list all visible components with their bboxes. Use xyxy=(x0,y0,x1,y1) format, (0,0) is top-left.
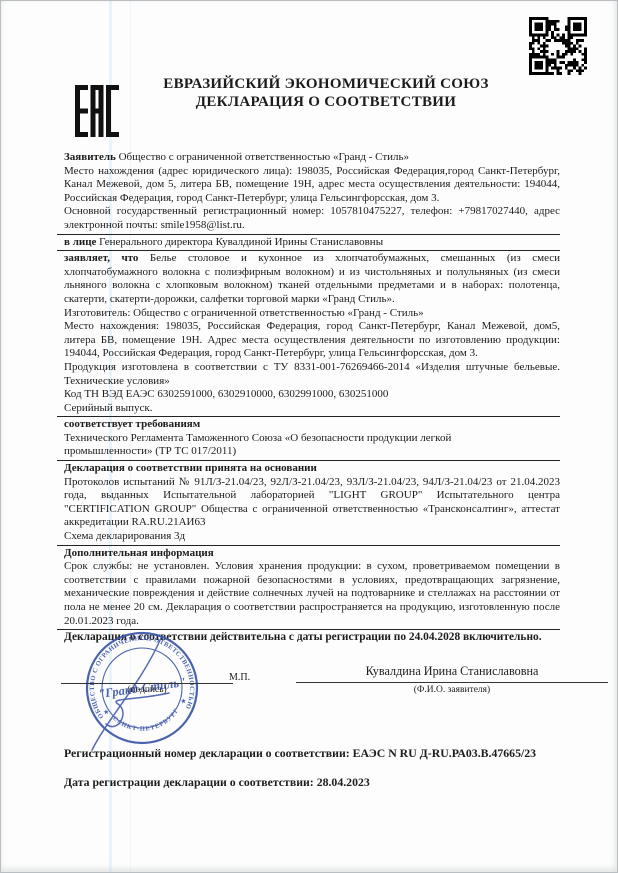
applicant-address: Место нахождения (адрес юридического лиц… xyxy=(64,165,560,206)
manufacturer-address: Место нахождения: 198035, Российская Фед… xyxy=(64,320,560,361)
registration-number-line: Регистрационный номер декларации о соотв… xyxy=(64,746,584,761)
declaration-scheme: Схема декларирования 3д xyxy=(64,530,560,544)
reg-number-value: ЕАЭС N RU Д-RU.РА03.В.47665/23 xyxy=(353,746,536,760)
doc-type: ДЕКЛАРАЦИЯ О СООТВЕТСТВИИ xyxy=(131,94,521,112)
compliance-label: соответствует требованиям xyxy=(64,418,200,430)
applicant-label: Заявитель xyxy=(64,151,116,163)
divider xyxy=(57,234,560,235)
document-title: ЕВРАЗИЙСКИЙ ЭКОНОМИЧЕСКИЙ СОЮЗ ДЕКЛАРАЦИ… xyxy=(131,76,521,111)
registration-date-line: Дата регистрации декларации о соответств… xyxy=(64,775,584,790)
qr-code-icon xyxy=(529,17,587,75)
applicant-ogrn: Основной государственный регистрационный… xyxy=(64,205,560,232)
stamp-star-icon: ★ xyxy=(180,697,187,706)
signature-caption: (подпись) xyxy=(61,685,233,695)
reg-number-label: Регистрационный номер декларации о соотв… xyxy=(64,746,350,760)
basis-label-line: Декларация о соответствии принята на осн… xyxy=(64,462,560,476)
product-specs: Продукция изготовлена в соответствии с Т… xyxy=(64,361,560,388)
additional-label-line: Дополнительная информация xyxy=(64,547,560,561)
basis-label: Декларация о соответствии принята на осн… xyxy=(64,462,317,474)
declaration-product-line: заявляет, что Белье столовое и кухонное … xyxy=(64,252,560,306)
fio-caption: (Ф.И.О. заявителя) xyxy=(296,685,608,695)
divider xyxy=(57,460,560,461)
applicant-name: Общество с ограниченной ответственностью… xyxy=(119,151,409,163)
declaration-page: ЕВРАЗИЙСКИЙ ЭКОНОМИЧЕСКИЙ СОЮЗ ДЕКЛАРАЦИ… xyxy=(0,0,618,873)
stamp-city-text: САНКТ-ПЕТЕРБУРГ xyxy=(111,706,183,737)
representative-line: в лице Генерального директора Кувалдиной… xyxy=(64,236,560,250)
reg-date-label: Дата регистрации декларации о соответств… xyxy=(64,775,314,789)
eac-logo-icon xyxy=(75,85,119,137)
tnved-code: Код ТН ВЭД ЕАЭС 6302591000, 6302910000, … xyxy=(64,388,560,402)
divider xyxy=(57,416,560,417)
representative-text: Генерального директора Кувалдиной Ирины … xyxy=(99,236,383,248)
stamp-place-label: М.П. xyxy=(229,672,250,683)
divider xyxy=(57,545,560,546)
document-body: Заявитель Общество с ограниченной ответс… xyxy=(64,151,560,645)
signature-line xyxy=(61,683,233,684)
divider xyxy=(57,250,560,251)
compliance-label-line: соответствует требованиям xyxy=(64,418,560,432)
applicant-fio: Кувалдина Ирина Станиславовна xyxy=(296,664,608,679)
stamp-star-icon: ★ xyxy=(102,708,109,717)
applicant-line: Заявитель Общество с ограниченной ответс… xyxy=(64,151,560,165)
compliance-text: Технического Регламента Таможенного Союз… xyxy=(64,432,560,459)
product-description: Белье столовое и кухонное из хлопчатобум… xyxy=(64,252,560,305)
representative-label: в лице xyxy=(64,236,96,248)
additional-label: Дополнительная информация xyxy=(64,547,214,559)
manufacturer-line: Изготовитель: Общество с ограниченной от… xyxy=(64,307,560,321)
union-name: ЕВРАЗИЙСКИЙ ЭКОНОМИЧЕСКИЙ СОЮЗ xyxy=(131,76,521,94)
serial-release: Серийный выпуск. xyxy=(64,402,560,416)
fio-line xyxy=(296,682,608,683)
declares-label: заявляет, что xyxy=(64,252,138,264)
test-protocols: Протоколов испытаний № 91Л/З-21.04/23, 9… xyxy=(64,476,560,530)
reg-date-value: 28.04.2023 xyxy=(317,775,370,789)
